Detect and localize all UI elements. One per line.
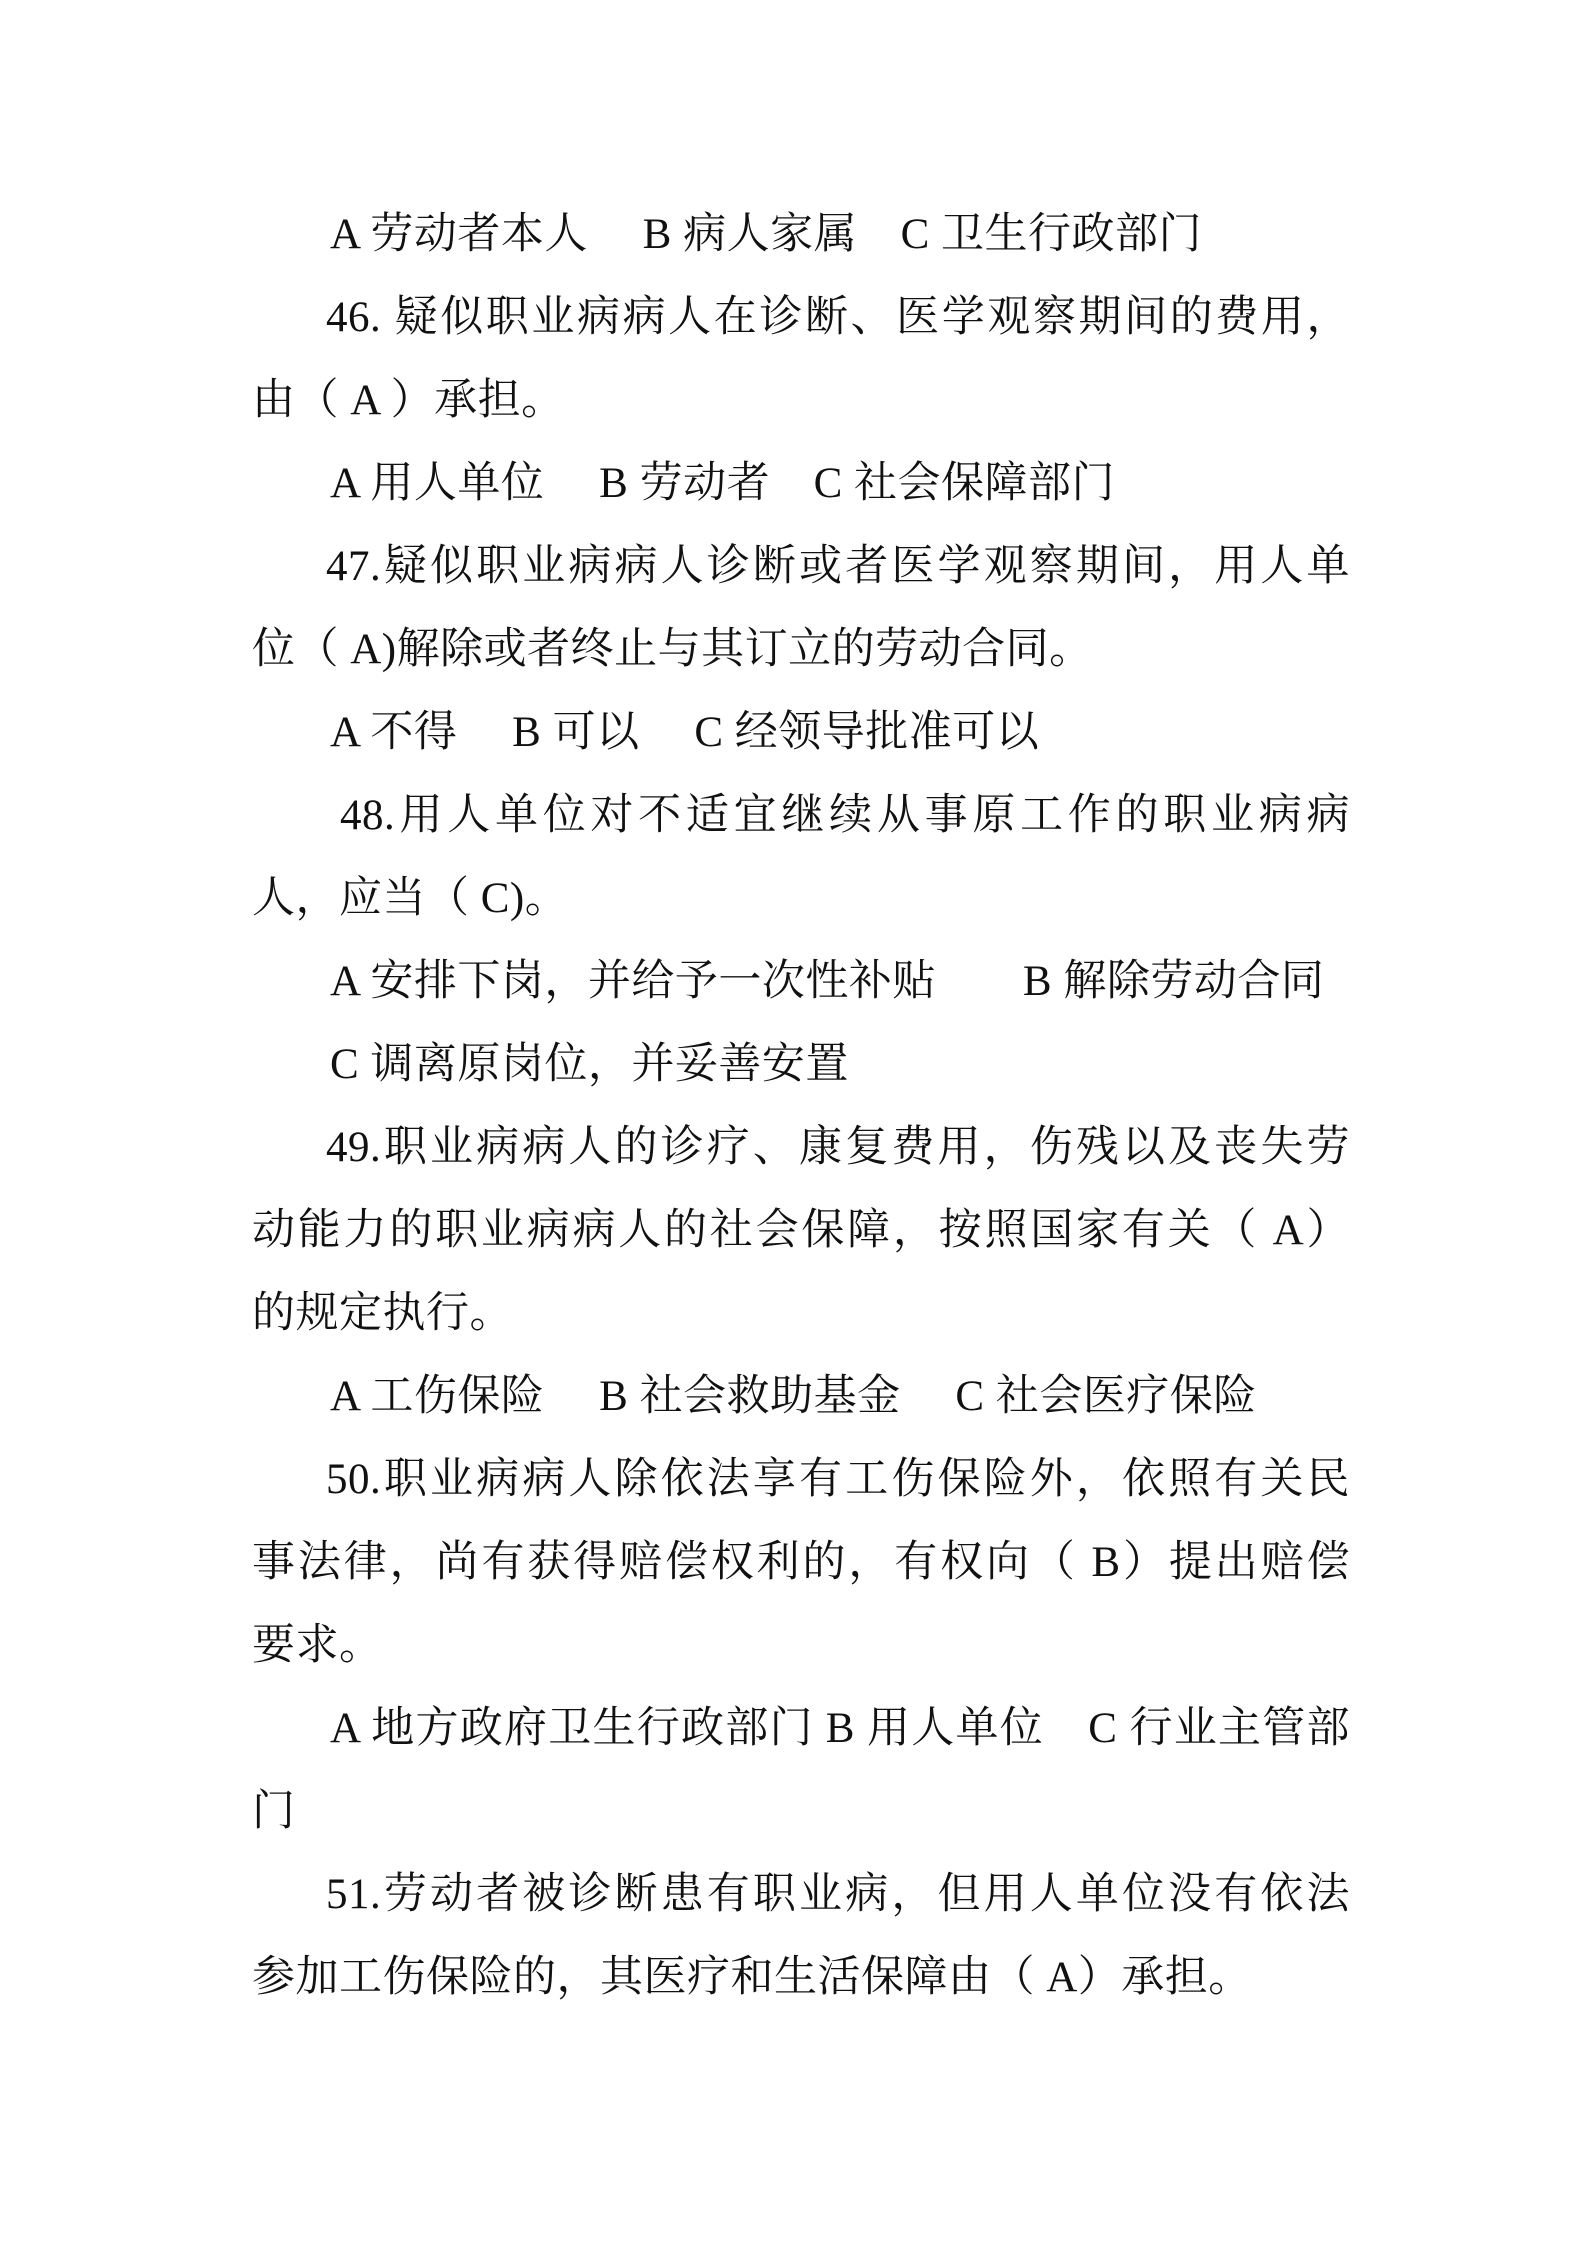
- q46-stem-line-1: 46. 疑似职业病病人在诊断、医学观察期间的费用，: [252, 276, 1350, 359]
- q50-options-line-1: A 地方政府卫生行政部门 B 用人单位 C 行业主管部: [252, 1687, 1350, 1770]
- q48-stem-line-1: 48.用人单位对不适宜继续从事原工作的职业病病: [252, 774, 1350, 857]
- q48-stem-line-2: 人，应当（ C)。: [252, 857, 1350, 940]
- q45-options-line: A 劳动者本人 B 病人家属 C 卫生行政部门: [252, 193, 1350, 276]
- q51-stem-line-1: 51.劳动者被诊断患有职业病，但用人单位没有依法: [252, 1853, 1350, 1936]
- q47-options-line: A 不得 B 可以 C 经领导批准可以: [252, 691, 1350, 774]
- q49-stem-line-2: 动能力的职业病病人的社会保障，按照国家有关（ A）: [252, 1189, 1350, 1272]
- q48-options-line-1: A 安排下岗，并给予一次性补贴 B 解除劳动合同: [252, 940, 1350, 1023]
- q50-stem-line-3: 要求。: [252, 1604, 1350, 1687]
- q49-options-line: A 工伤保险 B 社会救助基金 C 社会医疗保险: [252, 1355, 1350, 1438]
- q50-stem-line-1: 50.职业病病人除依法享有工伤保险外，依照有关民: [252, 1438, 1350, 1521]
- q49-stem-line-3: 的规定执行。: [252, 1272, 1350, 1355]
- q47-stem-line-1: 47.疑似职业病病人诊断或者医学观察期间，用人单: [252, 525, 1350, 608]
- q50-stem-line-2: 事法律，尚有获得赔偿权利的，有权向（ B）提出赔偿: [252, 1521, 1350, 1604]
- q51-stem-line-2: 参加工伤保险的，其医疗和生活保障由（ A）承担。: [252, 1936, 1350, 2019]
- q46-options-line: A 用人单位 B 劳动者 C 社会保障部门: [252, 442, 1350, 525]
- q46-stem-line-2: 由（ A ）承担。: [252, 359, 1350, 442]
- document-page: A 劳动者本人 B 病人家属 C 卫生行政部门 46. 疑似职业病病人在诊断、医…: [0, 0, 1587, 2245]
- q50-options-line-2: 门: [252, 1770, 1350, 1853]
- q48-options-line-2: C 调离原岗位，并妥善安置: [252, 1023, 1350, 1106]
- q49-stem-line-1: 49.职业病病人的诊疗、康复费用，伤残以及丧失劳: [252, 1106, 1350, 1189]
- q47-stem-line-2: 位（ A)解除或者终止与其订立的劳动合同。: [252, 608, 1350, 691]
